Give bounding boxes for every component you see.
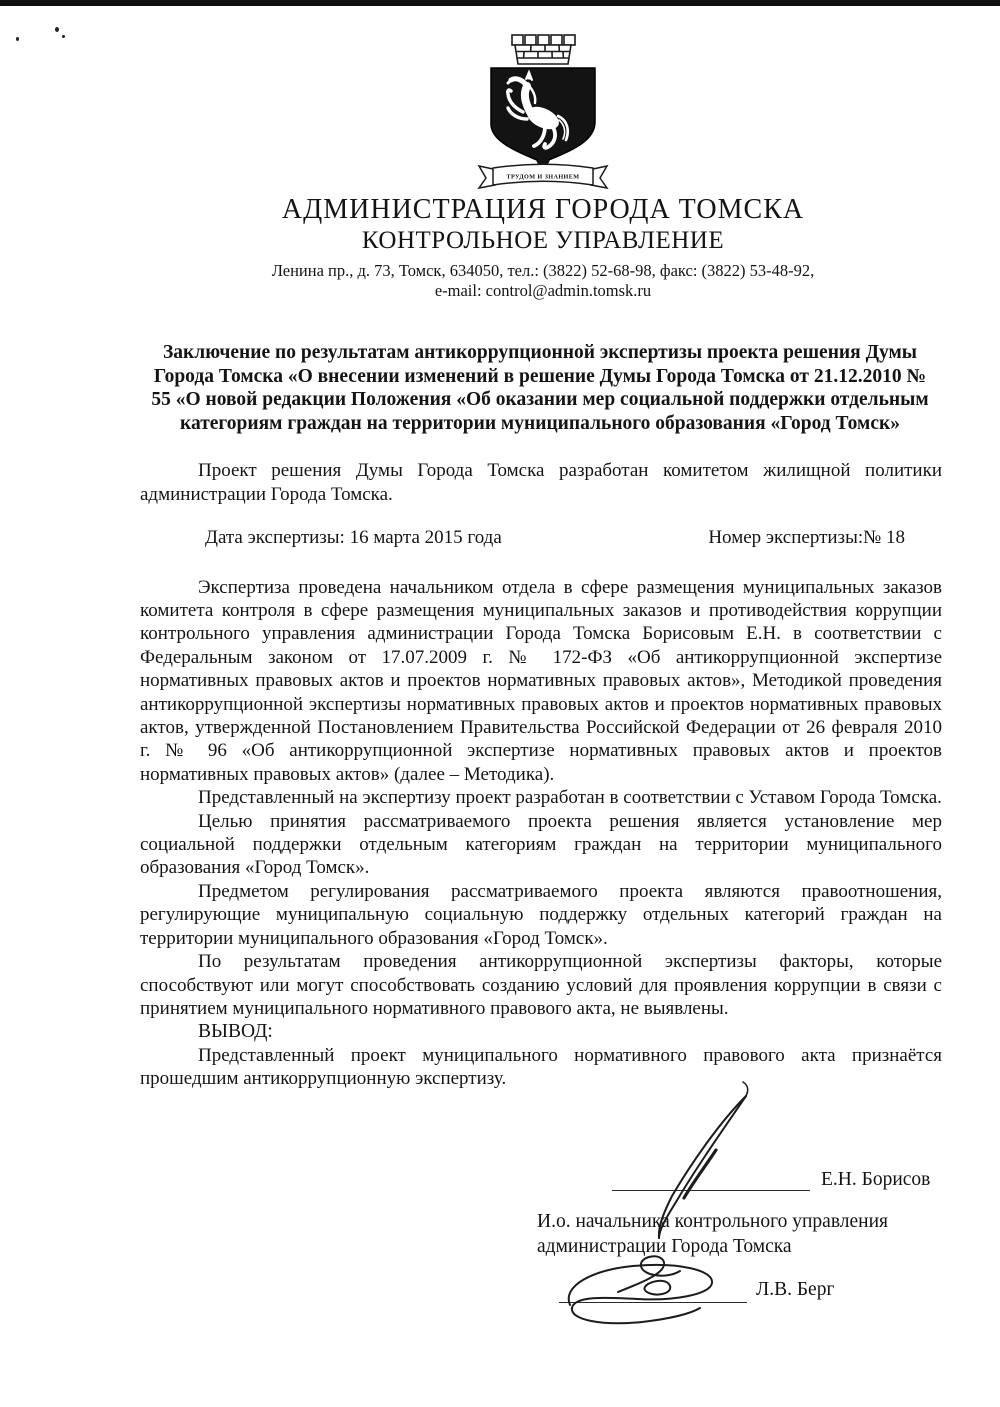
body-paragraph: Представленный на экспертизу проект разр… xyxy=(140,786,942,809)
letterhead: ТРУДОМ И ЗНАНИЕМ АДМИНИСТРАЦИЯ ГОРОДА ТО… xyxy=(86,34,1000,301)
tomsk-coat-of-arms: ТРУДОМ И ЗНАНИЕМ xyxy=(463,34,623,192)
intro-paragraph: Проект решения Думы Города Томска разраб… xyxy=(140,459,942,506)
body-paragraph: Целью принятия рассматриваемого проекта … xyxy=(140,810,942,880)
document-page: ТРУДОМ И ЗНАНИЕМ АДМИНИСТРАЦИЯ ГОРОДА ТО… xyxy=(0,0,1000,1407)
expertise-date: Дата экспертизы: 16 марта 2015 года xyxy=(205,526,502,549)
scan-edge-artifact xyxy=(0,0,1000,6)
emblem-motto: ТРУДОМ И ЗНАНИЕМ xyxy=(506,174,579,181)
signee-name-borisov: Е.Н. Борисов xyxy=(821,1169,930,1191)
conclusion-paragraph: Представленный проект муниципального нор… xyxy=(140,1044,942,1091)
body-paragraph: Предметом регулирования рассматриваемого… xyxy=(140,880,942,950)
emblem-crown xyxy=(512,35,575,64)
signee-name-berg: Л.В. Берг xyxy=(756,1279,834,1301)
signature-stroke-berg xyxy=(569,1256,712,1323)
org-name: АДМИНИСТРАЦИЯ ГОРОДА ТОМСКА xyxy=(86,194,1000,226)
signature-line-borisov xyxy=(612,1190,810,1191)
email-line: e-mail: control@admin.tomsk.ru xyxy=(86,281,1000,301)
address-line: Ленина пр., д. 73, Томск, 634050, тел.: … xyxy=(86,261,1000,281)
scan-speck xyxy=(16,37,19,41)
signee-position: И.о. начальника контрольного управления … xyxy=(537,1209,888,1259)
body-paragraph: Экспертиза проведена начальником отдела … xyxy=(140,576,942,787)
scan-speck xyxy=(55,27,59,32)
scan-speck xyxy=(62,35,65,38)
conclusion-label: ВЫВОД: xyxy=(140,1020,942,1043)
expertise-meta-row: Дата экспертизы: 16 марта 2015 года Номе… xyxy=(205,526,905,549)
body-paragraph: По результатам проведения антикоррупцион… xyxy=(140,950,942,1020)
document-title: Заключение по результатам антикоррупцион… xyxy=(145,341,935,435)
signee-position-line: И.о. начальника контрольного управления xyxy=(537,1209,888,1234)
signee-position-line: администрации Города Томска xyxy=(537,1234,888,1259)
signature-line-berg xyxy=(559,1302,747,1303)
department-name: КОНТРОЛЬНОЕ УПРАВЛЕНИЕ xyxy=(86,226,1000,256)
expertise-number: Номер экспертизы:№ 18 xyxy=(708,526,905,549)
